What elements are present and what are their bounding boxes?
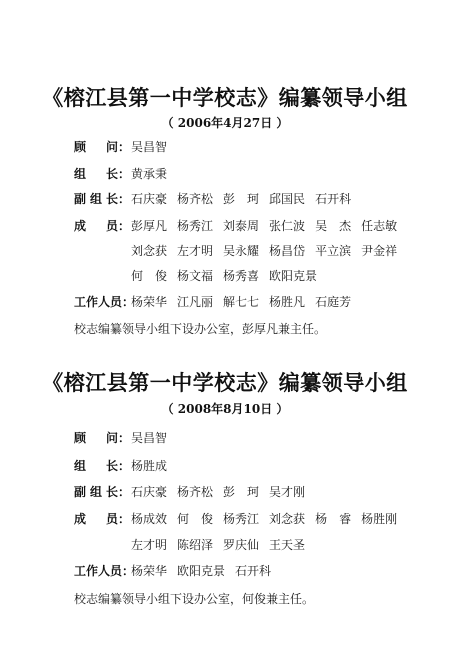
advisor-name: 吴昌智 — [131, 430, 167, 446]
member-name: 任志敏 — [361, 218, 397, 234]
deputy-name: 彭 珂 — [223, 191, 259, 207]
deputy-name: 石开科 — [315, 191, 351, 207]
staff-name: 石开科 — [235, 563, 271, 579]
members-label: 成 员： — [74, 511, 130, 527]
member-name: 杨文福 — [177, 268, 213, 284]
deputy-name: 杨齐松 — [177, 191, 213, 207]
office-note: 校志编纂领导小组下设办公室，彭厚凡兼主任。 — [74, 320, 326, 337]
member-name: 吴 杰 — [315, 218, 351, 234]
staff-name: 解七七 — [223, 294, 259, 310]
staff-label: 工作人员： — [74, 294, 130, 310]
member-name: 尹金祥 — [361, 243, 397, 259]
section-date: （ 2006年4月27日 ） — [0, 114, 450, 131]
member-name: 欧阳克景 — [269, 268, 317, 284]
member-name: 杨 睿 — [315, 511, 351, 527]
advisor-name: 吴昌智 — [131, 139, 167, 155]
deputy-name: 石庆豪 — [131, 191, 167, 207]
member-name: 刘念获 — [131, 243, 167, 259]
member-name: 杨秀江 — [177, 218, 213, 234]
member-name: 陈绍泽 — [177, 537, 213, 553]
staff-name: 江凡丽 — [177, 294, 213, 310]
member-name: 杨胜刚 — [361, 511, 397, 527]
member-name: 刘泰周 — [223, 218, 259, 234]
member-name: 罗庆仙 — [223, 537, 259, 553]
advisor-label: 顾 问： — [74, 139, 130, 155]
office-note: 校志编纂领导小组下设办公室，何俊兼主任。 — [74, 590, 314, 607]
leader-name: 杨胜成 — [131, 458, 167, 474]
member-name: 张仁波 — [269, 218, 305, 234]
member-name: 刘念获 — [269, 511, 305, 527]
member-name: 杨秀喜 — [223, 268, 259, 284]
member-name: 杨成效 — [131, 511, 167, 527]
member-name: 何 俊 — [177, 511, 213, 527]
member-name: 左才明 — [177, 243, 213, 259]
member-name: 彭厚凡 — [131, 218, 167, 234]
advisor-label: 顾 问： — [74, 430, 130, 446]
staff-name: 杨胜凡 — [269, 294, 305, 310]
section-title: 《榕江县第一中学校志》编纂领导小组 — [0, 367, 450, 397]
staff-name: 欧阳克景 — [177, 563, 225, 579]
deputy-leaders-label: 副 组 长： — [74, 484, 130, 500]
member-name: 吴永耀 — [223, 243, 259, 259]
member-name: 平立滨 — [315, 243, 351, 259]
deputy-name: 杨齐松 — [177, 484, 213, 500]
deputy-name: 邱国民 — [269, 191, 305, 207]
leader-name: 黄承秉 — [131, 166, 167, 182]
staff-label: 工作人员： — [74, 563, 130, 579]
staff-name: 石庭芳 — [315, 294, 351, 310]
deputy-name: 吴才刚 — [269, 484, 305, 500]
section-date: （ 2008年8月10日 ） — [0, 400, 450, 417]
member-name: 杨秀江 — [223, 511, 259, 527]
staff-name: 杨荣华 — [131, 294, 167, 310]
member-name: 杨昌岱 — [269, 243, 305, 259]
leader-label: 组 长： — [74, 166, 130, 182]
member-name: 王天圣 — [269, 537, 305, 553]
members-label: 成 员： — [74, 218, 130, 234]
leader-label: 组 长： — [74, 458, 130, 474]
deputy-name: 彭 珂 — [223, 484, 259, 500]
deputy-leaders-label: 副 组 长： — [74, 191, 130, 207]
member-name: 左才明 — [131, 537, 167, 553]
section-title: 《榕江县第一中学校志》编纂领导小组 — [0, 82, 450, 112]
staff-name: 杨荣华 — [131, 563, 167, 579]
deputy-name: 石庆豪 — [131, 484, 167, 500]
member-name: 何 俊 — [131, 268, 167, 284]
